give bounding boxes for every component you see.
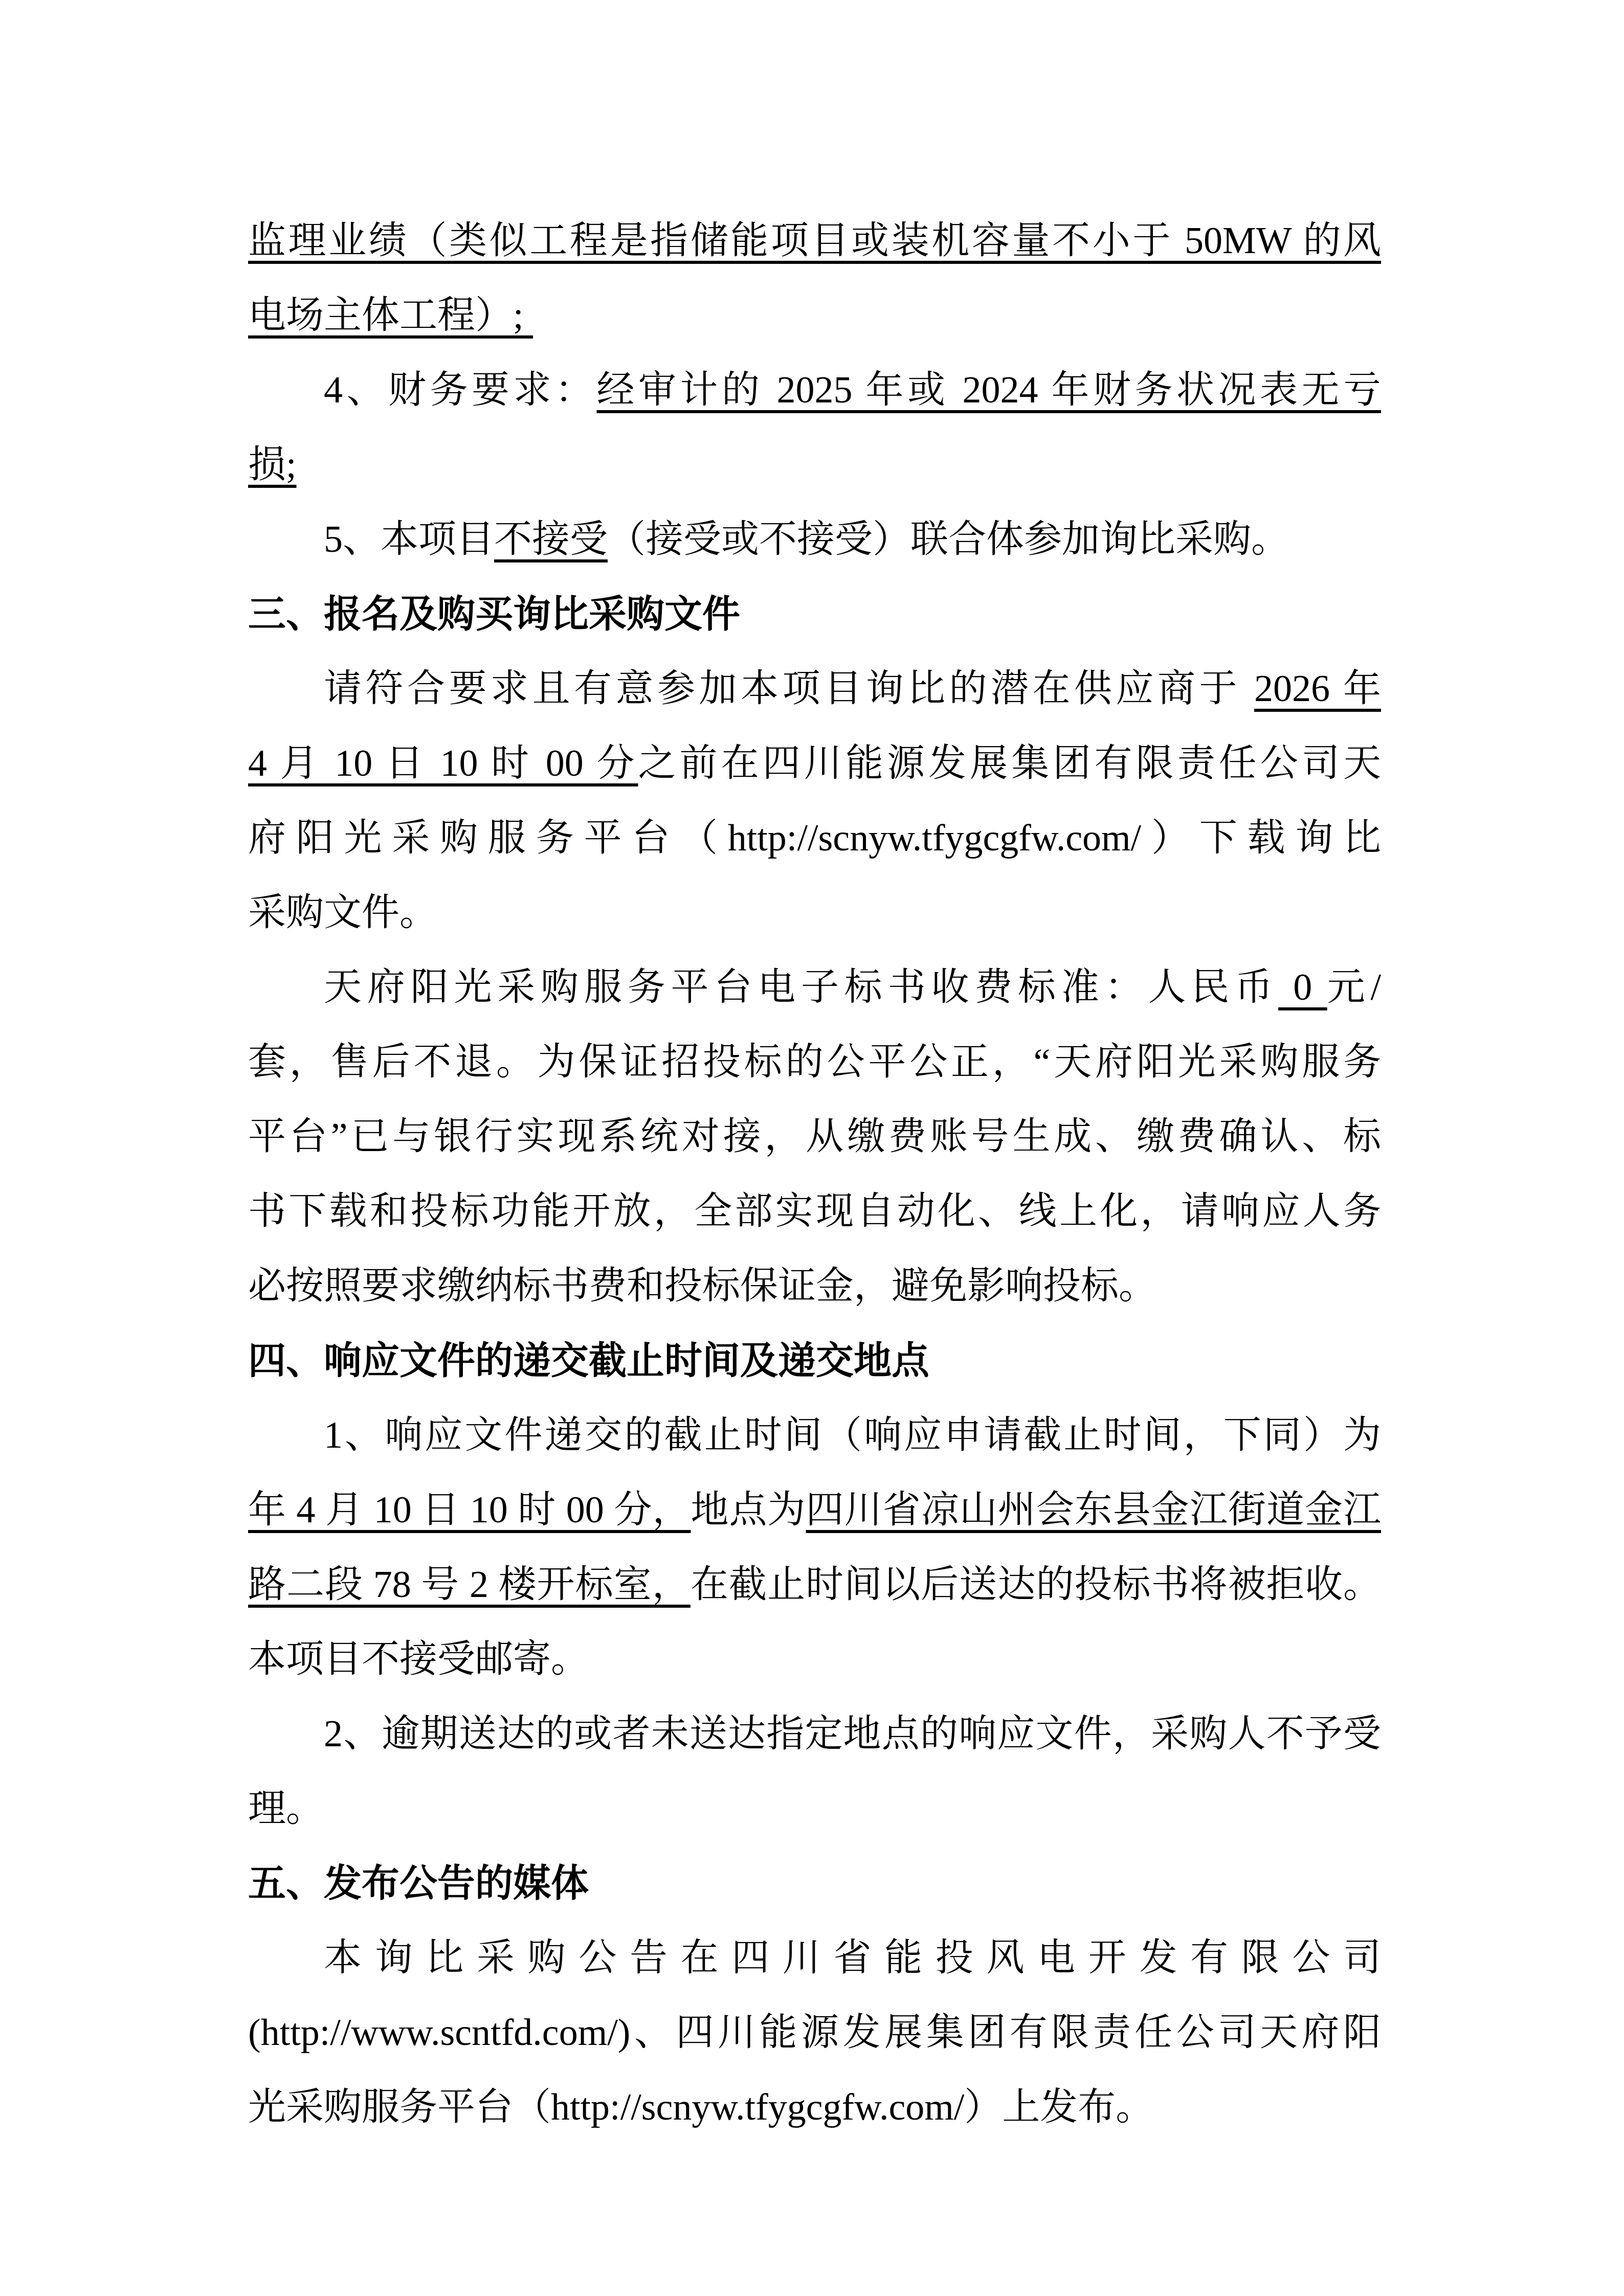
text-line: 监理业绩（类似工程是指储能项目或装机容量不小于 50MW 的风 <box>248 204 1381 278</box>
text-line: 天府阳光采购服务平台电子标书收费标准：人民币 0 元/ <box>248 950 1381 1025</box>
text-segment: 套，售后不退。为保证招投标的公平公正，“天府阳光采购服务 <box>248 1041 1381 1083</box>
underlined-text: 4 月 10 日 10 时 00 分 <box>248 742 638 784</box>
text-line: 书下载和投标功能开放，全部实现自动化、线上化，请响应人务 <box>248 1174 1381 1249</box>
text-segment: 请符合要求且有意参加本项目询比的潜在供应商于 <box>324 668 1254 710</box>
text-line: 理。 <box>248 1771 1381 1846</box>
text-line: 府阳光采购服务平台（http://scnyw.tfygcgfw.com/）下载询… <box>248 801 1381 875</box>
text-line: 2、逾期送达的或者未送达指定地点的响应文件，采购人不予受 <box>248 1697 1381 1771</box>
page-content: 监理业绩（类似工程是指储能项目或装机容量不小于 50MW 的风电场主体工程）; … <box>248 204 1381 2145</box>
text-line: 路二段 78 号 2 楼开标室，在截止时间以后送达的投标书将被拒收。 <box>248 1547 1381 1622</box>
underlined-text: 路二段 78 号 2 楼开标室， <box>248 1564 691 1606</box>
text-segment: 光采购服务平台（http://scnyw.tfygcgfw.com/）上发布。 <box>248 2086 1153 2128</box>
underlined-text: 不接受 <box>494 519 608 560</box>
underlined-text: 2026 年 <box>1254 668 1381 710</box>
text-segment: 元/ <box>1327 966 1381 1008</box>
text-segment: 四、响应文件的递交截止时间及递交地点 <box>248 1339 929 1382</box>
text-segment: 书下载和投标功能开放，全部实现自动化、线上化，请响应人务 <box>248 1190 1381 1232</box>
underlined-text: 电场主体工程）; <box>248 295 533 336</box>
text-line: 本项目不接受邮寄。 <box>248 1622 1381 1697</box>
underlined-text: 年 4 月 10 日 10 时 00 分， <box>248 1489 691 1531</box>
text-segment: 府阳光采购服务平台（http://scnyw.tfygcgfw.com/）下载询… <box>248 817 1381 859</box>
text-line: 采购文件。 <box>248 875 1381 950</box>
text-segment: 2、逾期送达的或者未送达指定地点的响应文件，采购人不予受 <box>324 1713 1381 1755</box>
text-line: 本询比采购公告在四川省能投风电开发有限公司 <box>248 1921 1381 1995</box>
text-line: 请符合要求且有意参加本项目询比的潜在供应商于 2026 年 <box>248 651 1381 726</box>
text-line: 光采购服务平台（http://scnyw.tfygcgfw.com/）上发布。 <box>248 2070 1381 2145</box>
underlined-text: 四川省凉山州会东县金江街道金江 <box>806 1489 1381 1531</box>
text-line: 年 4 月 10 日 10 时 00 分，地点为四川省凉山州会东县金江街道金江 <box>248 1473 1381 1547</box>
text-segment: 4、财务要求： <box>324 369 597 411</box>
text-line: 损; <box>248 427 1381 502</box>
text-line: (http://www.scntfd.com/)、四川能源发展集团有限责任公司天… <box>248 1995 1381 2070</box>
text-line: 5、本项目不接受（接受或不接受）联合体参加询比采购。 <box>248 502 1381 577</box>
text-line: 4、财务要求：经审计的 2025 年或 2024 年财务状况表无亏 <box>248 353 1381 427</box>
text-segment: 五、发布公告的媒体 <box>248 1862 589 1904</box>
section-heading: 五、发布公告的媒体 <box>248 1846 1381 1921</box>
text-line: 必按照要求缴纳标书费和投标保证金，避免影响投标。 <box>248 1249 1381 1323</box>
section-heading: 三、报名及购买询比采购文件 <box>248 577 1381 651</box>
text-segment: 在截止时间以后送达的投标书将被拒收。 <box>691 1564 1381 1606</box>
text-segment: 天府阳光采购服务平台电子标书收费标准：人民币 <box>324 966 1278 1008</box>
text-line: 平台”已与银行实现系统对接，从缴费账号生成、缴费确认、标 <box>248 1099 1381 1174</box>
text-segment: 采购文件。 <box>248 892 437 934</box>
text-segment: 理。 <box>248 1788 324 1830</box>
text-segment: （接受或不接受）联合体参加询比采购。 <box>608 519 1289 560</box>
text-segment: 本项目不接受邮寄。 <box>248 1638 589 1680</box>
underlined-text: 损; <box>248 444 297 486</box>
text-line: 1、响应文件递交的截止时间（响应申请截止时间，下同）为 2026 <box>248 1398 1381 1473</box>
text-segment: 必按照要求缴纳标书费和投标保证金，避免影响投标。 <box>248 1265 1156 1307</box>
text-line: 套，售后不退。为保证招投标的公平公正，“天府阳光采购服务 <box>248 1025 1381 1099</box>
underlined-text: 0 <box>1278 966 1327 1008</box>
text-segment: 本询比采购公告在四川省能投风电开发有限公司 <box>324 1937 1381 1979</box>
text-segment: 地点为 <box>691 1489 806 1531</box>
text-segment: 1、响应文件递交的截止时间（响应申请截止时间，下同）为 <box>324 1414 1381 1456</box>
text-line: 4 月 10 日 10 时 00 分之前在四川能源发展集团有限责任公司天 <box>248 726 1381 801</box>
underlined-text: 经审计的 2025 年或 2024 年财务状况表无亏 <box>597 369 1382 411</box>
text-segment: 5、本项目 <box>324 519 494 560</box>
section-heading: 四、响应文件的递交截止时间及递交地点 <box>248 1323 1381 1398</box>
text-segment: (http://www.scntfd.com/)、四川能源发展集团有限责任公司天… <box>248 2012 1381 2054</box>
underlined-text: 监理业绩（类似工程是指储能项目或装机容量不小于 50MW 的风 <box>248 220 1381 262</box>
text-segment: 三、报名及购买询比采购文件 <box>248 593 740 635</box>
text-segment: 之前在四川能源发展集团有限责任公司天 <box>638 742 1381 784</box>
text-segment: 平台”已与银行实现系统对接，从缴费账号生成、缴费确认、标 <box>248 1116 1381 1158</box>
text-line: 电场主体工程）; <box>248 278 1381 353</box>
